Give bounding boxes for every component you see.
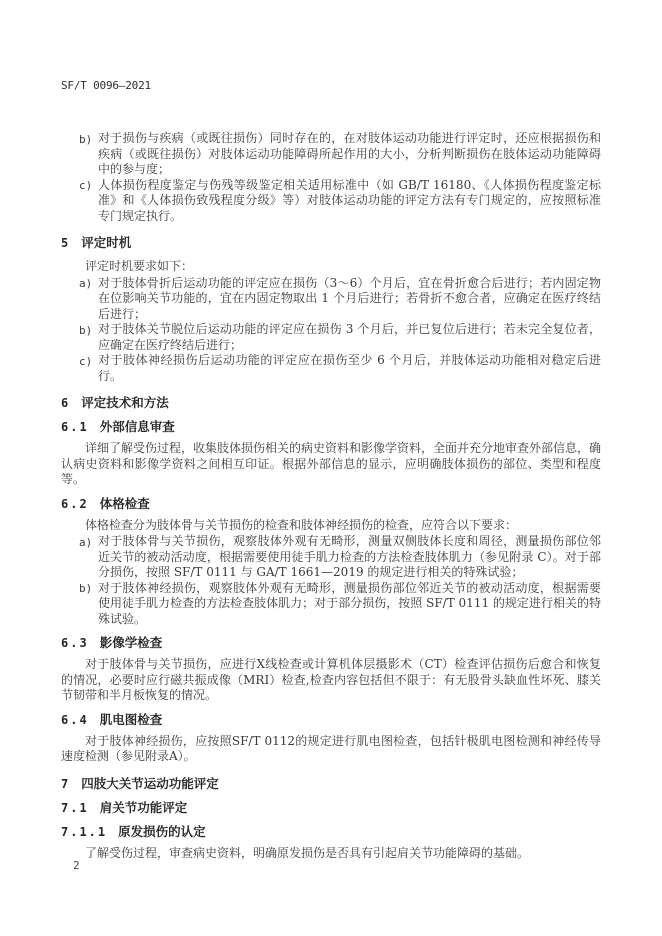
- section-title: 影像学检查: [100, 635, 163, 650]
- paragraph-6-1: 详细了解受伤过程，收集肢体损伤相关的病史资料和影像学资料，全面并充分地审查外部信…: [61, 441, 601, 488]
- section-number: 6.1: [61, 420, 89, 434]
- section-number: 7.1: [61, 801, 89, 815]
- paragraph-6-4: 对于肢体神经损伤，应按照SF/T 0112的规定进行肌电图检查，包括针极肌电图检…: [61, 734, 601, 765]
- list-item-text: 对于肢体关节脱位后运动功能的评定应在损伤 3 个月后，并已复位后进行；若未完全复…: [98, 322, 601, 352]
- section-heading-5: 5评定时机: [61, 235, 601, 251]
- section-number: 6.2: [61, 497, 89, 511]
- page-number: 2: [73, 859, 80, 872]
- document-page: SF/T 0096—2021 b) 对于损伤与疾病（或既往损伤）同时存在的，在对…: [0, 0, 662, 936]
- list-item-text: 人体损伤程度鉴定与伤残等级鉴定相关适用标准中（如 GB/T 16180、《人体损…: [98, 178, 601, 223]
- section-title: 肩关节功能评定: [100, 800, 188, 815]
- section-number: 7: [61, 777, 70, 791]
- list-item-label: a): [79, 535, 92, 551]
- list-item-text: 对于肢体神经损伤后运动功能的评定应在损伤至少 6 个月后，并肢体运动功能相对稳定…: [98, 353, 601, 383]
- list-item-label: c): [79, 178, 92, 194]
- paragraph-section5-intro: 评定时机要求如下：: [61, 259, 601, 275]
- section-number: 5: [61, 236, 70, 250]
- section-heading-6-1: 6.1外部信息审查: [61, 419, 601, 435]
- list-item-label: b): [79, 323, 92, 339]
- section-number: 6: [61, 396, 70, 410]
- list-item-text: 对于肢体神经损伤，观察肢体外观有无畸形，测量损伤部位邻近关节的被动活动度，根据需…: [98, 581, 601, 626]
- list-item-label: a): [79, 276, 92, 292]
- page-content: b) 对于损伤与疾病（或既往损伤）同时存在的，在对肢体运动功能进行评定时，还应根…: [61, 131, 601, 862]
- section-heading-7: 7四肢大关节运动功能评定: [61, 776, 601, 792]
- section-number: 6.3: [61, 636, 89, 650]
- section-title: 原发损伤的认定: [118, 824, 206, 839]
- section-number: 7.1.1: [61, 825, 107, 839]
- section-heading-6-2: 6.2体格检查: [61, 496, 601, 512]
- list-item-5a: a) 对于肢体骨折后运动功能的评定应在损伤（3～6）个月后，宜在骨折愈合后进行；…: [61, 276, 601, 323]
- standard-code-header: SF/T 0096—2021: [61, 79, 151, 92]
- section-title: 体格检查: [100, 496, 150, 511]
- list-item-5b: b) 对于肢体关节脱位后运动功能的评定应在损伤 3 个月后，并已复位后进行；若未…: [61, 322, 601, 353]
- list-item-text: 对于肢体骨与关节损伤，观察肢体外观有无畸形，测量双侧肢体长度和周径，测量损伤部位…: [98, 534, 601, 579]
- list-item-62a: a) 对于肢体骨与关节损伤，观察肢体外观有无畸形，测量双侧肢体长度和周径，测量损…: [61, 534, 601, 581]
- paragraph-7-1-1: 了解受伤过程，审查病史资料，明确原发损伤是否具有引起肩关节功能障碍的基础。: [61, 846, 601, 862]
- list-item-text: 对于肢体骨折后运动功能的评定应在损伤（3～6）个月后，宜在骨折愈合后进行；若内固…: [98, 276, 601, 321]
- section-title: 四肢大关节运动功能评定: [81, 776, 219, 791]
- list-item-label: b): [79, 581, 92, 597]
- list-item-label: c): [79, 354, 92, 370]
- section-title: 评定时机: [81, 235, 131, 250]
- list-item-b: b) 对于损伤与疾病（或既往损伤）同时存在的，在对肢体运动功能进行评定时，还应根…: [61, 131, 601, 178]
- list-item-label: b): [79, 132, 92, 148]
- paragraph-6-2-intro: 体格检查分为肢体骨与关节损伤的检查和肢体神经损伤的检查，应符合以下要求：: [61, 518, 601, 534]
- list-item-c: c) 人体损伤程度鉴定与伤残等级鉴定相关适用标准中（如 GB/T 16180、《…: [61, 178, 601, 225]
- section-title: 外部信息审查: [100, 419, 175, 434]
- section-heading-7-1: 7.1肩关节功能评定: [61, 800, 601, 816]
- section-title: 肌电图检查: [100, 712, 163, 727]
- list-item-5c: c) 对于肢体神经损伤后运动功能的评定应在损伤至少 6 个月后，并肢体运动功能相…: [61, 353, 601, 384]
- section-number: 6.4: [61, 713, 89, 727]
- list-item-62b: b) 对于肢体神经损伤，观察肢体外观有无畸形，测量损伤部位邻近关节的被动活动度，…: [61, 581, 601, 628]
- section-heading-7-1-1: 7.1.1原发损伤的认定: [61, 824, 601, 840]
- list-item-text: 对于损伤与疾病（或既往损伤）同时存在的，在对肢体运动功能进行评定时，还应根据损伤…: [98, 131, 601, 176]
- section-heading-6-3: 6.3影像学检查: [61, 635, 601, 651]
- section-heading-6-4: 6.4肌电图检查: [61, 712, 601, 728]
- paragraph-6-3: 对于肢体骨与关节损伤，应进行X线检查或计算机体层摄影术（CT）检查评估损伤后愈合…: [61, 657, 601, 704]
- section-title: 评定技术和方法: [81, 395, 169, 410]
- section-heading-6: 6评定技术和方法: [61, 395, 601, 411]
